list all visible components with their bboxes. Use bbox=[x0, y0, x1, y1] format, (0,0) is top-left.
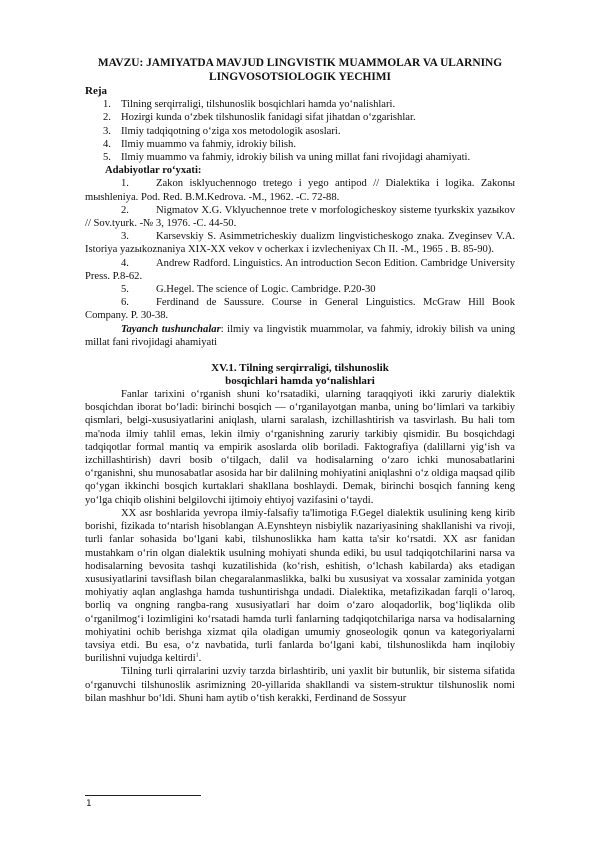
paragraph: Tilning turli qirralarini uzviy tarzda b… bbox=[85, 665, 515, 705]
plan-item: 1.Tilning serqirraligi, tilshunoslik bos… bbox=[85, 98, 515, 111]
document-page: MAVZU: JAMIYATDA MAVJUD LINGVISTIK MUAMM… bbox=[85, 56, 515, 705]
section-title-line-2: bosqichlari hamda yo‘nalishlari bbox=[85, 375, 515, 388]
plan-item: 2.Hozirgi kunda o‘zbek tilshunoslik fani… bbox=[85, 111, 515, 124]
section-title-line-1: XV.1. Tilning serqirraligi, tilshunoslik bbox=[85, 362, 515, 375]
section-title: XV.1. Tilning serqirraligi, tilshunoslik… bbox=[85, 362, 515, 388]
plan-label: Reja bbox=[85, 85, 515, 98]
title-line-2: LINGVOSOTSIOLOGIK YECHIMI bbox=[85, 70, 515, 84]
paragraph: XX asr boshlarida yevropa ilmiy-falsafiy… bbox=[85, 507, 515, 665]
key-terms: Tayanch tushunchalar: ilmiy va lingvisti… bbox=[85, 323, 515, 349]
reference-item: 4.Andrew Radford. Linguistics. An introd… bbox=[85, 257, 515, 283]
key-terms-label: Tayanch tushunchalar bbox=[121, 324, 221, 335]
title-line-1: MAVZU: JAMIYATDA MAVJUD LINGVISTIK MUAMM… bbox=[85, 56, 515, 70]
reference-item: 6.Ferdinand de Saussure. Course in Gener… bbox=[85, 296, 515, 322]
reference-item: 1.Zakon isklyuchennogo tretego i yego an… bbox=[85, 177, 515, 203]
literature-heading: Adabiyotlar ro‘yxati: bbox=[85, 164, 515, 177]
plan-item: 3.Ilmiy tadqiqotning o‘ziga xos metodolo… bbox=[85, 125, 515, 138]
paragraph: Fanlar tarixini o‘rganish shuni ko‘rsata… bbox=[85, 388, 515, 507]
plan-item: 4.Ilmiy muammo va fahmiy, idrokiy bilish… bbox=[85, 138, 515, 151]
reference-item: 2.Nigmatov X.G. Vklyuchennoe trete v mor… bbox=[85, 204, 515, 230]
plan-list: 1.Tilning serqirraligi, tilshunoslik bos… bbox=[85, 98, 515, 164]
reference-item: 3.Karsevskiy S. Asimmetricheskiy dualizm… bbox=[85, 230, 515, 256]
document-title: MAVZU: JAMIYATDA MAVJUD LINGVISTIK MUAMM… bbox=[85, 56, 515, 84]
footnote-separator bbox=[85, 795, 201, 796]
footnote-number: 1 bbox=[86, 799, 91, 809]
reference-item: 5.G.Hegel. The science of Logic. Cambrid… bbox=[85, 283, 515, 296]
plan-item: 5.Ilmiy muammo va fahmiy, idrokiy bilish… bbox=[85, 151, 515, 164]
